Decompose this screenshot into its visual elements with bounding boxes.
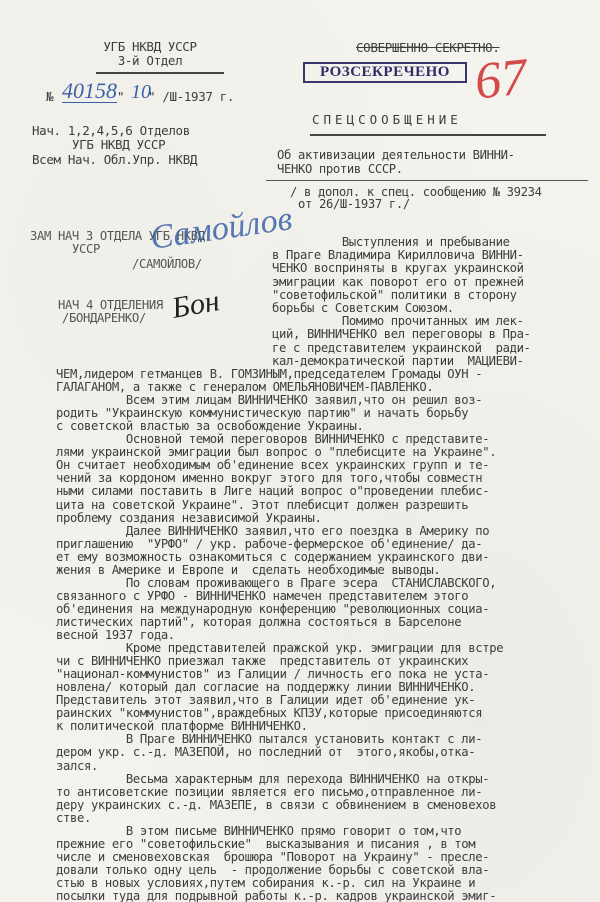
body-line: весной 1937 года.	[56, 629, 175, 642]
body-line: прежние его "советофильские" высказывани…	[56, 838, 475, 851]
classification-struck: СОВЕРШЕННО СЕКРЕТНО.	[356, 41, 500, 54]
body-line: листических партий", которая должна сост…	[56, 616, 461, 629]
body-line: Основной темой переговоров ВИННИЧЕНКО с …	[56, 433, 489, 446]
body-line: эмиграции как поворот его от прежней	[272, 276, 524, 289]
body-line: лями украинской эмиграции был вопрос о "…	[56, 446, 496, 459]
head4-name: /БОНДАРЕНКО/	[62, 312, 146, 325]
date-typed: " /Ш-1937 г.	[148, 90, 234, 103]
body-line: раинских "коммунистов",враждебных КПЗУ,к…	[56, 707, 482, 720]
body-line: Весьма характерным для перехода ВИННИЧЕН…	[56, 773, 489, 786]
addressee-line-3: Всем Нач. Обл.Упр. НКВД	[32, 153, 197, 166]
body-line: об'единения на международную конференцию…	[56, 603, 489, 616]
body-line: проблему создания независимой Украины.	[56, 512, 322, 525]
body-line: Далее ВИННИЧЕНКО заявил,что его поездка …	[56, 525, 489, 538]
body-line: ЧЕМ,лидером гетманцев В. ГОМЗИНЫМ,предсе…	[56, 368, 482, 381]
body-line: ций, ВИННИЧЕНКО вел переговоры в Пра-	[272, 328, 531, 341]
deputy-name: /САМОЙЛОВ/	[132, 258, 202, 271]
document-page: УГБ НКВД УССР 3-й Отдел № 40158 " 10 " /…	[0, 0, 600, 902]
body-line: числе и сменовеховская брошюра "Поворот …	[56, 851, 489, 864]
number-prefix: №	[46, 90, 53, 103]
org-line-2: 3-й Отдел	[80, 54, 220, 67]
body-line: то антисоветские позиции является его пи…	[56, 786, 482, 799]
body-line: "национал-коммунистов" из Галиции / личн…	[56, 668, 489, 681]
body-line: ными силами поставить в Лиге наций вопро…	[56, 485, 489, 498]
addressee-line-1: Нач. 1,2,4,5,6 Отделов	[32, 124, 190, 137]
body-line: довали только одну цель - продолжение бо…	[56, 864, 489, 877]
body-line: связанного с УРФО - ВИННИЧЕНКО намечен п…	[56, 590, 468, 603]
body-line: в Праге Владимира Кирилловича ВИННИ-	[272, 249, 524, 262]
document-type-underline	[310, 134, 546, 136]
body-line: борьбы с Советским Союзом.	[272, 302, 454, 315]
body-line: ге с представителем украинской ради-	[272, 342, 531, 355]
body-line: к политической платформе ВИННИЧЕНКО.	[56, 720, 308, 733]
org-underline	[96, 72, 224, 74]
deputy-title-line-2: УССР	[72, 243, 100, 256]
body-line: ГАЛАГАНОМ, а также с генералом ОМЕЛЬЯНОВ…	[56, 381, 433, 394]
body-line: родить "Украинскую коммунистическую парт…	[56, 407, 468, 420]
body-line: зался.	[56, 760, 98, 773]
body-line: Всем этим лицам ВИННИЧЕНКО заявил,что он…	[56, 394, 482, 407]
body-line: стве.	[56, 812, 91, 825]
document-type: СПЕЦСООБЩЕНИЕ	[312, 113, 462, 126]
body-line: Представитель этот заявил,что в Галиции …	[56, 694, 475, 707]
body-line: деру украинских с.-д. МАЗЕПЕ, в связи с …	[56, 799, 496, 812]
body-line: Он считает необходимым об'единение всех …	[56, 459, 489, 472]
head4-signature: Бон	[169, 284, 222, 326]
body-line: Выступления и пребывание	[272, 236, 510, 249]
body-line: В этом письме ВИННИЧЕНКО прямо говорит о…	[56, 825, 461, 838]
supplement-line-2: от 26/Ш-1937 г./	[298, 198, 410, 211]
body-line: Помимо прочитанных им лек-	[272, 315, 524, 328]
subject-underline	[266, 180, 588, 181]
body-line: По словам проживающего в Праге эсера СТА…	[56, 577, 496, 590]
body-line: ет ему возможность ознакомиться с содерж…	[56, 551, 489, 564]
body-line: "советофильской" политики в сторону	[272, 289, 517, 302]
declassified-stamp: РОЗСЕКРЕЧЕНО	[303, 62, 467, 83]
body-line: чений за кордоном именно вокруг этого дл…	[56, 472, 482, 485]
body-line: ЧЕНКО восприняты в кругах украинской	[272, 262, 524, 275]
subject-line-2: ЧЕНКО против СССР.	[277, 163, 403, 176]
body-line: чи с ВИННИЧЕНКО приезжал также представи…	[56, 655, 468, 668]
body-line: приглашению "УРФО" / укр. рабоче-фермерс…	[56, 538, 482, 551]
body-line: стью в новых условиях,путем собирания к.…	[56, 877, 475, 890]
outgoing-number: 40158	[62, 80, 117, 103]
body-line: дером укр. с.-д. МАЗЕПОЙ, но последний о…	[56, 746, 475, 759]
body-line: кал-демократической партии МАЦИЕВИ-	[272, 355, 524, 368]
body-line: посылки туда для подрывной работы к.-р. …	[56, 890, 496, 902]
body-line: жения в Америке и Европе и сделать необх…	[56, 564, 440, 577]
body-line: Кроме представителей пражской укр. эмигр…	[56, 642, 503, 655]
addressee-line-2: УГБ НКВД УССР	[72, 138, 165, 151]
org-line-1: УГБ НКВД УССР	[80, 40, 220, 53]
body-line: с советской властью за освобождение Укра…	[56, 420, 363, 433]
subject-line-1: Об активизации деятельности ВИННИ-	[277, 149, 515, 162]
page-number-handwritten: 67	[472, 51, 529, 108]
body-line: новлена/ который дал согласие на поддерж…	[56, 681, 475, 694]
body-line: цита на советской Украине". Этот плебисц…	[56, 499, 468, 512]
